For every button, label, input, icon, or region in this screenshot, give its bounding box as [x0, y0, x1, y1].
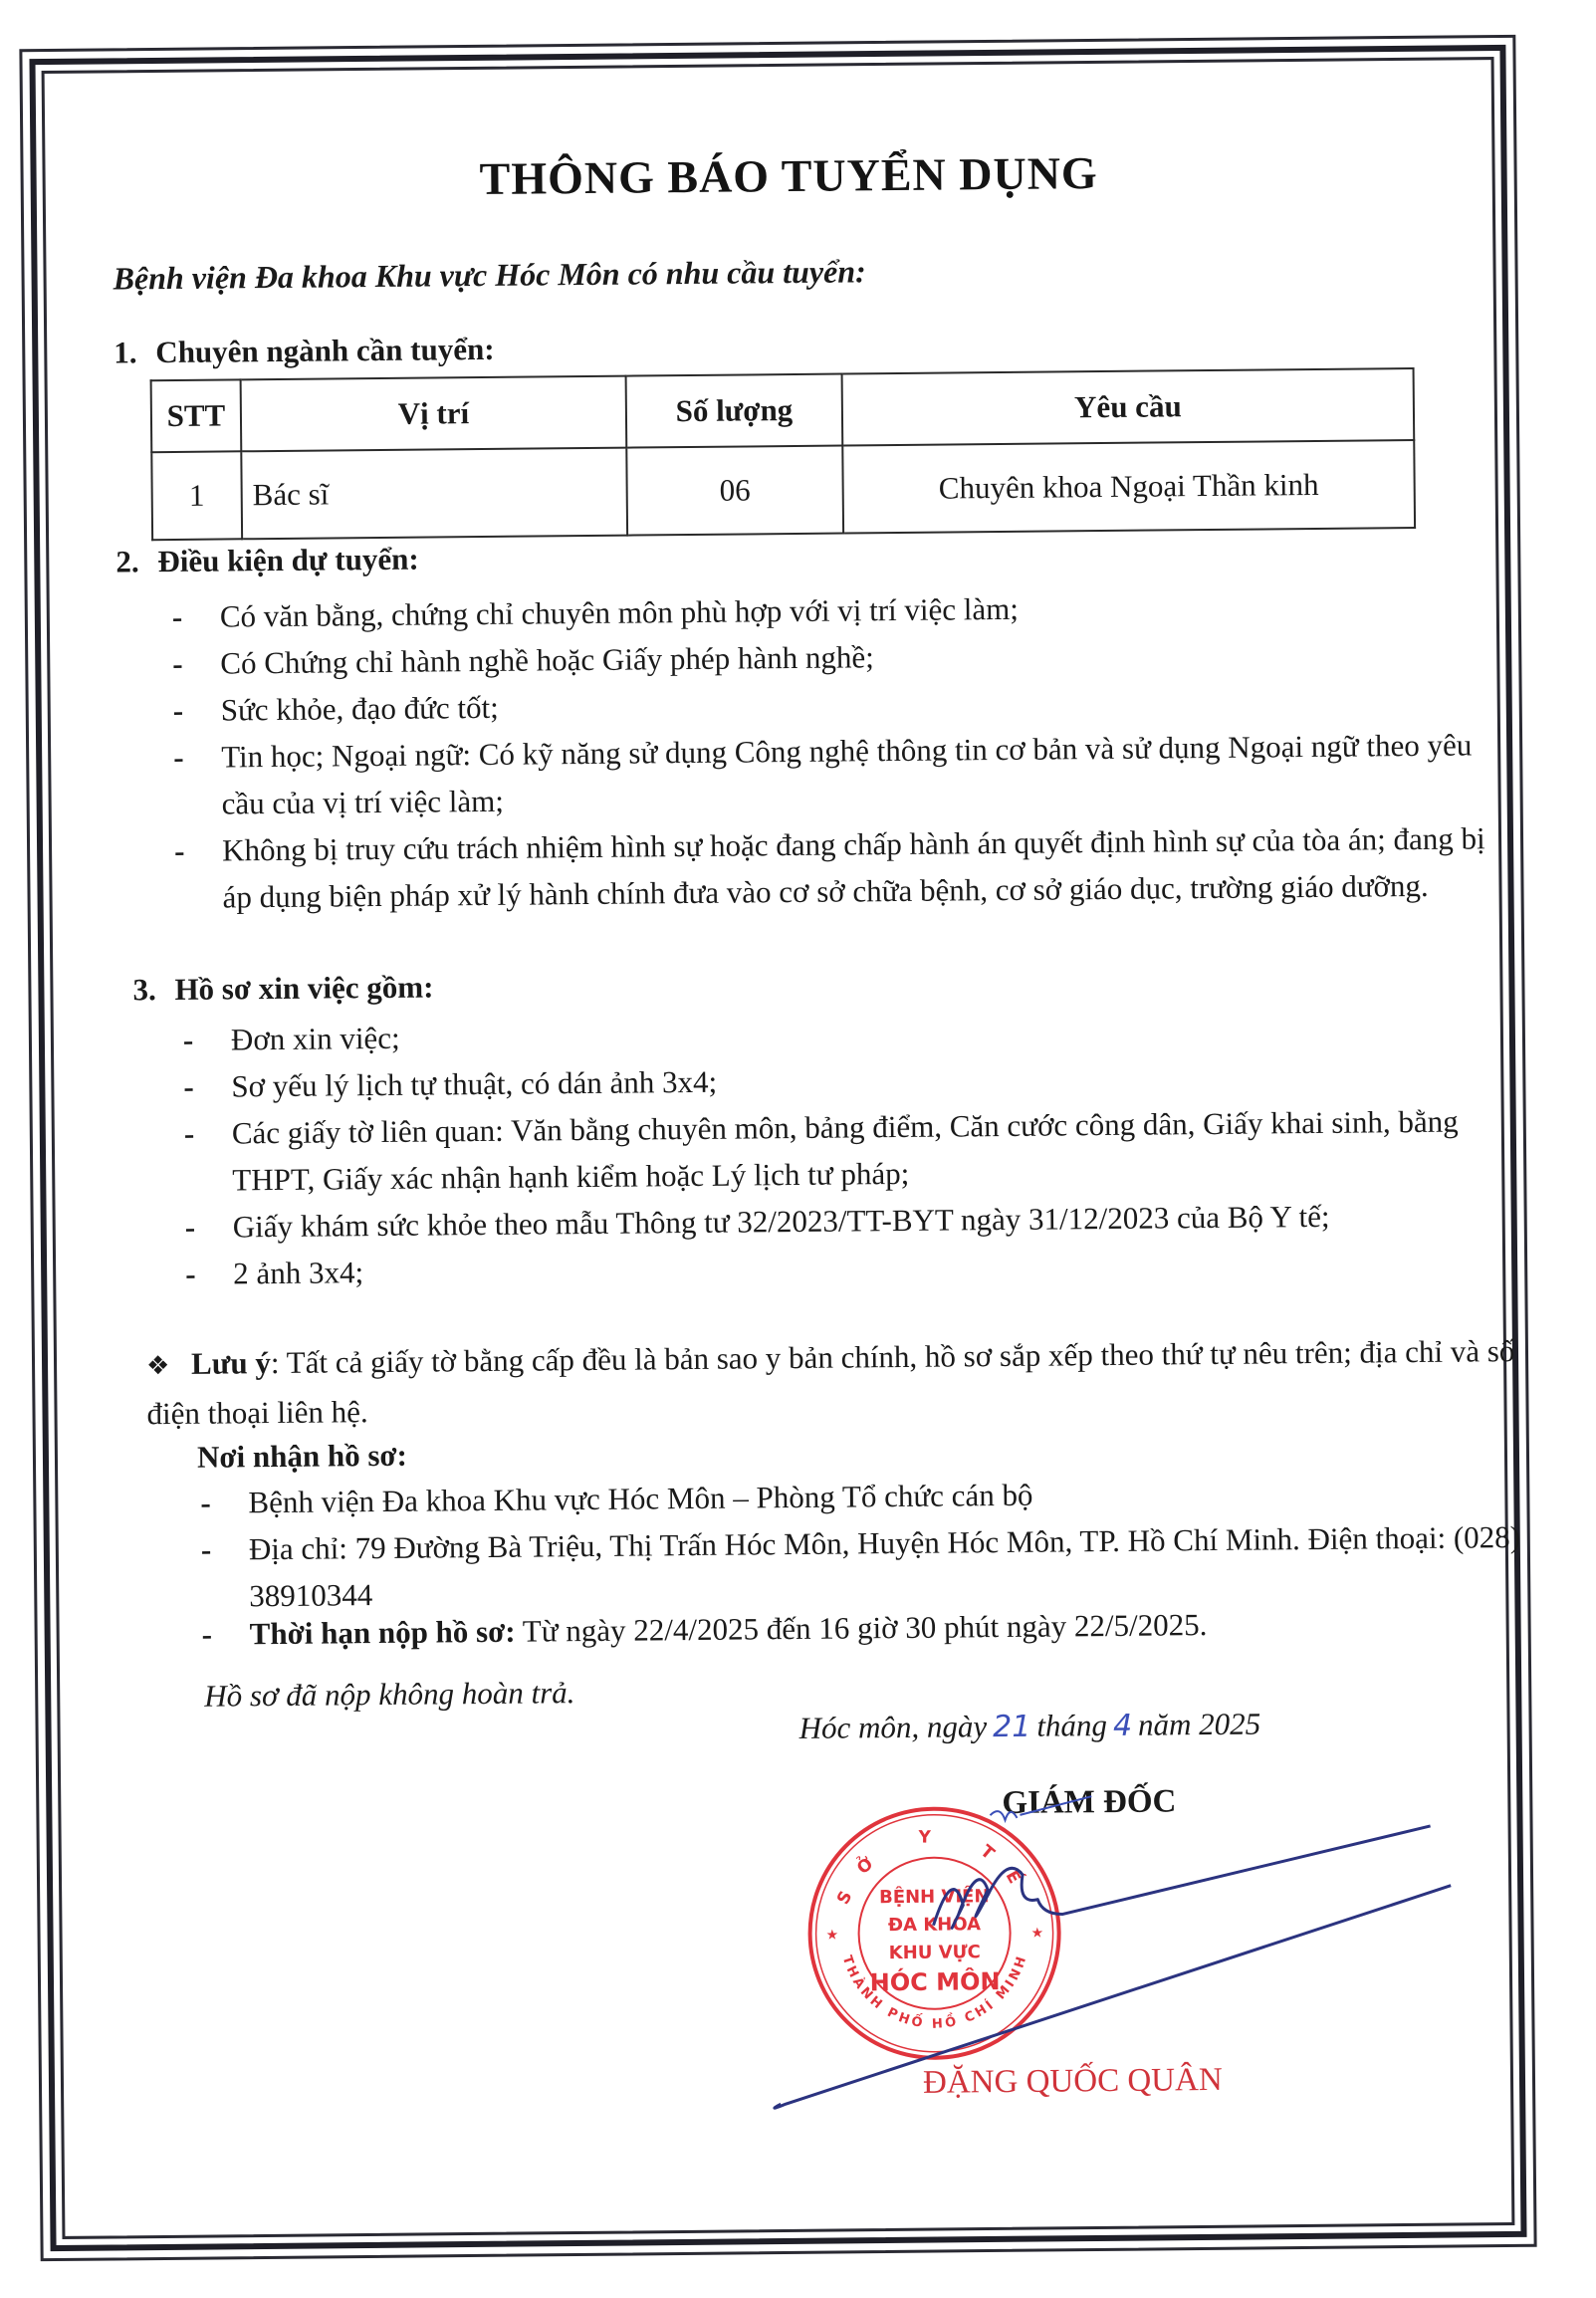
deadline-label: Thời hạn nộp hồ sơ:	[250, 1614, 516, 1652]
list-item: Không bị truy cứu trách nhiệm hình sự ho…	[174, 814, 1509, 921]
list-item: Các giấy tờ liên quan: Văn bằng chuyên m…	[184, 1097, 1519, 1204]
bullet-dash: -	[202, 1616, 250, 1652]
four-diamond-icon: ❖	[146, 1342, 191, 1390]
section-number: 3.	[132, 972, 174, 1008]
column-header-stt: STT	[151, 379, 242, 452]
non-return-note: Hồ sơ đã nộp không hoàn trả.	[204, 1675, 575, 1715]
note-label: Lưu ý	[191, 1345, 271, 1381]
note-block: ❖Lưu ý: Tất cả giấy tờ bằng cấp đều là b…	[146, 1327, 1521, 1438]
svg-text:ĐA KHOA: ĐA KHOA	[888, 1914, 981, 1936]
svg-text:BỆNH VIỆN: BỆNH VIỆN	[879, 1885, 990, 1908]
svg-text:KHU VỰC: KHU VỰC	[889, 1942, 981, 1963]
receiving-list: Bệnh viện Đa khoa Khu vực Hóc Môn – Phòn…	[200, 1467, 1525, 1620]
document-intro: Bệnh viện Đa khoa Khu vực Hóc Môn có nhu…	[113, 253, 865, 297]
date-line: Hóc môn, ngày21tháng4năm 2025	[798, 1707, 1260, 1746]
column-header-requirement: Yêu cầu	[842, 368, 1415, 446]
section-1-heading: 1.Chuyên ngành cần tuyển:	[114, 332, 495, 371]
svg-text:★: ★	[826, 1928, 839, 1944]
conditions-list: Có văn bằng, chứng chỉ chuyên môn phù hợ…	[172, 580, 1509, 921]
cell-quantity: 06	[626, 446, 843, 536]
svg-text:HÓC MÔN: HÓC MÔN	[870, 1965, 1001, 1996]
note-text: : Tất cả giấy tờ bằng cấp đều là bản sao…	[146, 1333, 1514, 1431]
positions-table: STT Vị trí Số lượng Yêu cầu 1 Bác sĩ 06 …	[150, 367, 1416, 541]
cell-position: Bác sĩ	[241, 448, 627, 540]
cell-requirement: Chuyên khoa Ngoại Thần kinh	[842, 440, 1415, 534]
list-item: Địa chỉ: 79 Đường Bà Triệu, Thị Trấn Hóc…	[201, 1513, 1526, 1620]
section-2-heading: 2.Điều kiện dự tuyển:	[115, 542, 419, 580]
signer-name: ĐẶNG QUỐC QUÂN	[923, 2062, 1223, 2102]
section-number: 2.	[115, 544, 157, 579]
section-3-heading: 3.Hồ sơ xin việc gồm:	[132, 969, 433, 1008]
list-item: Tin học; Ngoại ngữ: Có kỹ năng sử dụng C…	[173, 721, 1508, 827]
section-title: Điều kiện dự tuyển:	[157, 542, 419, 579]
column-header-quantity: Số lượng	[626, 374, 843, 448]
document-page: THÔNG BÁO TUYỂN DỤNG Bệnh viện Đa khoa K…	[0, 0, 1596, 2298]
cell-stt: 1	[151, 451, 242, 540]
table-header-row: STT Vị trí Số lượng Yêu cầu	[151, 368, 1415, 452]
svg-text:★: ★	[1031, 1926, 1044, 1942]
section-title: Chuyên ngành cần tuyển:	[155, 332, 495, 369]
date-prefix: Hóc môn, ngày	[798, 1709, 987, 1745]
documents-list: Đơn xin việc; Sơ yếu lý lịch tự thuật, c…	[183, 1004, 1520, 1297]
deadline-text: Từ ngày 22/4/2025 đến 16 giờ 30 phút ngà…	[515, 1607, 1207, 1649]
section-number: 1.	[114, 335, 155, 370]
official-stamp: SỞ Y TẾ THÀNH PHỐ HỒ CHÍ MINH ★ ★ BỆNH V…	[802, 1801, 1066, 2065]
document-title: THÔNG BÁO TUYỂN DỤNG	[0, 141, 1587, 209]
month-label: tháng	[1036, 1708, 1107, 1743]
section-title: Hồ sơ xin việc gồm:	[174, 969, 433, 1006]
table-row: 1 Bác sĩ 06 Chuyên khoa Ngoại Thần kinh	[151, 440, 1415, 540]
column-header-position: Vị trí	[241, 376, 627, 452]
handwritten-day: 21	[987, 1710, 1037, 1744]
receiving-heading: Nơi nhận hồ sơ:	[197, 1438, 407, 1476]
year-label: năm 2025	[1138, 1707, 1260, 1742]
handwritten-month: 4	[1107, 1709, 1138, 1743]
